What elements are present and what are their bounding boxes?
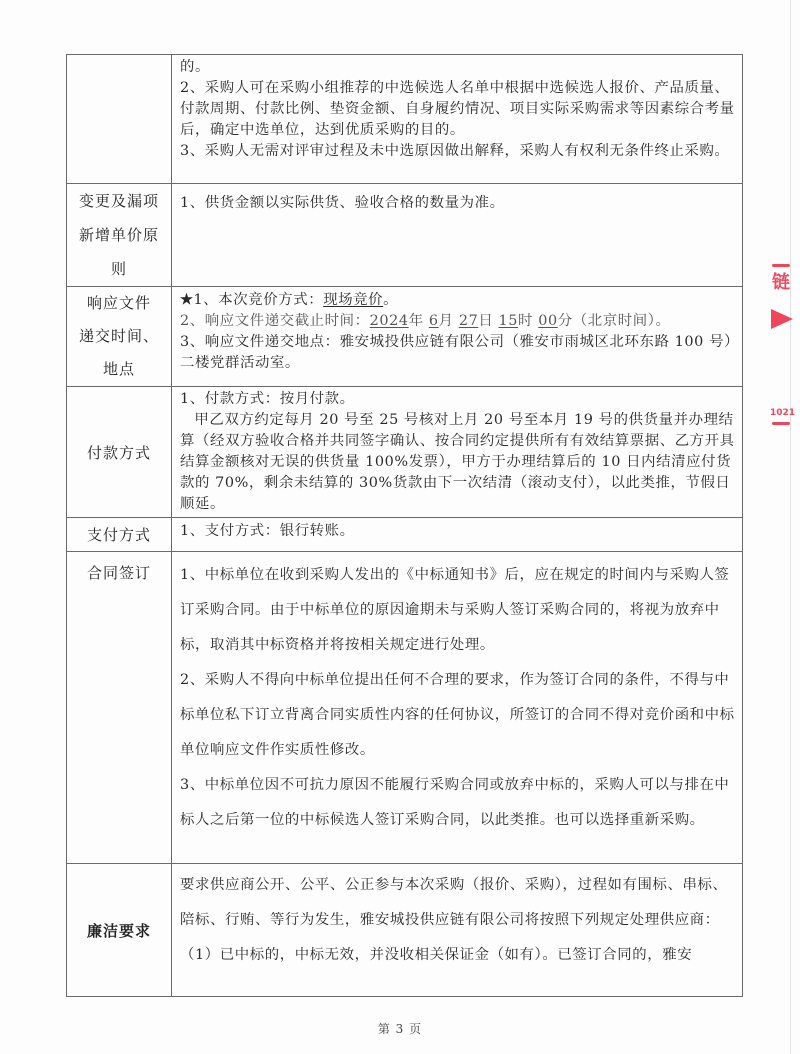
label-line: 递交时间、 [67,320,171,353]
row-label: 支付方式 [67,518,172,552]
row-label: 付款方式 [67,387,172,518]
label-line: 响应文件 [67,287,171,320]
unit: 分（北京时间）。 [558,313,671,329]
label-line: 付款方式 [67,442,171,463]
table-row-integrity-requirements: 廉洁要求 要求供应商公开、公平、公正参与本次采购（报价、采购），过程如有围标、串… [67,864,743,997]
table-row-contract-signing: 合同签订 1、中标单位在收到采购人发出的《中标通知书》后，应在规定的时间内与采购… [67,552,743,864]
paragraph: 1、中标单位在收到采购人发出的《中标通知书》后，应在规定的时间内与采购人签订采购… [180,558,736,663]
row-content: 的。 2、采购人可在采购小组推荐的中选候选人名单中根据中选候选人报价、产品质量、… [172,55,743,184]
deadline-item: 2、响应文件递交截止时间：2024年 6月 27日 15时 00分（北京时间）。 [180,311,736,332]
item-suffix: 。 [383,292,398,308]
stamp-star-icon [771,309,793,329]
deadline-year: 2024 [370,313,409,329]
unit: 日 [478,313,493,329]
paragraph: 甲乙双方约定每月 20 号至 25 号核对上月 20 号至本月 19 号的供货量… [180,410,736,515]
table-row-payment-method: 支付方式 1、支付方式：银行转账。 [67,518,743,552]
row-label: 合同签订 [67,552,172,864]
paragraph: 要求供应商公开、公平、公正参与本次采购（报价、采购），过程如有围标、串标、陪标、… [180,868,736,938]
row-content: 1、供货金额以实际供货、验收合格的数量为准。 [172,184,743,287]
unit: 月 [439,313,454,329]
paragraph: 1、付款方式：按月付款。 [180,389,736,410]
location-item: 3、响应文件递交地点：雅安城投供应链有限公司（雅安市雨城区北环东路 100 号）… [180,332,736,374]
bidding-method-value: 现场竞价 [323,292,383,308]
table-row-submission-time-place: 响应文件 递交时间、 地点 ★1、本次竞价方式：现场竞价。 2、响应文件递交截止… [67,287,743,387]
table-row-change-pricing-principle: 变更及漏项 新增单价原 则 1、供货金额以实际供货、验收合格的数量为准。 [67,184,743,287]
stamp-bar [772,422,790,425]
row-label: 响应文件 递交时间、 地点 [67,287,172,387]
row-content: 1、支付方式：银行转账。 [172,518,743,552]
item-prefix: 1、本次竞价方式： [194,292,324,308]
row-content: ★1、本次竞价方式：现场竞价。 2、响应文件递交截止时间：2024年 6月 27… [172,287,743,387]
deadline-hour: 15 [499,313,519,329]
paragraph: 3、采购人无需对评审过程及未中选原因做出解释，采购人有权利无条件终止采购。 [180,141,736,162]
row-content: 要求供应商公开、公平、公正参与本次采购（报价、采购），过程如有围标、串标、陪标、… [172,864,743,997]
table-row-payment-terms: 付款方式 1、付款方式：按月付款。 甲乙双方约定每月 20 号至 25 号核对上… [67,387,743,518]
label-line: 廉洁要求 [67,920,171,941]
unit: 时 [518,313,533,329]
stamp-number: 1021 [770,408,795,418]
red-seal-stamp: 链 1021 [770,262,794,422]
row-content: 1、付款方式：按月付款。 甲乙双方约定每月 20 号至 25 号核对上月 20 … [172,387,743,518]
row-label: 廉洁要求 [67,864,172,997]
label-line: 合同签订 [67,562,171,583]
paragraph: 1、支付方式：银行转账。 [180,520,736,542]
star-icon: ★ [180,291,194,308]
deadline-day: 27 [459,313,479,329]
paragraph: 1、供货金额以实际供货、验收合格的数量为准。 [180,186,736,216]
page-edge-line [790,0,791,1054]
item-prefix: 2、响应文件递交截止时间： [180,313,370,329]
page-number: 第 3 页 [0,1020,800,1037]
label-line: 新增单价原 [67,218,171,252]
procurement-terms-table: 的。 2、采购人可在采购小组推荐的中选候选人名单中根据中选候选人报价、产品质量、… [66,54,743,997]
paragraph: 2、采购人不得向中标单位提出任何不合理的要求，作为签订合同的条件，不得与中标单位… [180,663,736,768]
table-row-evaluation-continued: 的。 2、采购人可在采购小组推荐的中选候选人名单中根据中选候选人报价、产品质量、… [67,55,743,184]
row-label: 变更及漏项 新增单价原 则 [67,184,172,287]
row-content: 1、中标单位在收到采购人发出的《中标通知书》后，应在规定的时间内与采购人签订采购… [172,552,743,864]
paragraph: 3、中标单位因不可抗力原因不能履行采购合同或放弃中标的，采购人可以与排在中标人之… [180,768,736,838]
stamp-character: 链 [772,268,790,294]
paragraph: 2、采购人可在采购小组推荐的中选候选人名单中根据中选候选人报价、产品质量、付款周… [180,78,736,141]
paragraph: （1）已中标的，中标无效，并没收相关保证金（如有）。已签订合同的，雅安 [180,938,736,973]
label-line: 支付方式 [67,524,171,545]
row-label-empty [67,55,172,184]
unit: 年 [409,313,424,329]
label-line: 变更及漏项 [67,184,171,218]
label-line: 则 [67,252,171,286]
bidding-method-item: ★1、本次竞价方式：现场竞价。 [180,289,736,311]
deadline-month: 6 [429,313,439,329]
paragraph: 的。 [180,57,736,78]
stamp-bar [772,264,790,267]
label-line: 地点 [67,353,171,386]
deadline-minute: 00 [538,313,558,329]
